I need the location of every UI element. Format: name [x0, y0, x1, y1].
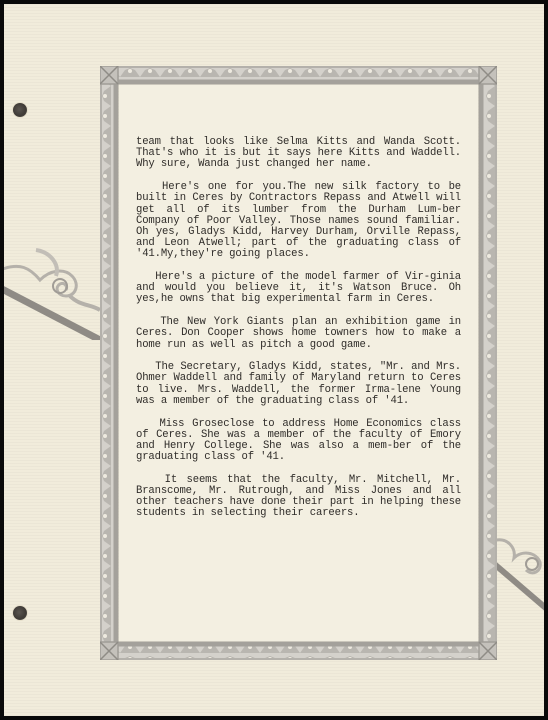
paragraph: The Secretary, Gladys Kidd, states, "Mr.…	[136, 362, 461, 407]
paragraph: Here's one for you.The new silk factory …	[136, 182, 461, 260]
paragraph: Here's a picture of the model farmer of …	[136, 272, 461, 306]
paragraph: The New York Giants plan an exhibition g…	[136, 317, 461, 351]
paragraph: team that looks like Selma Kitts and Wan…	[136, 137, 461, 171]
binder-hole-icon	[13, 606, 27, 620]
scroll-ornament-icon	[4, 240, 110, 340]
scroll-ornament-icon	[492, 532, 544, 612]
typed-text-body: team that looks like Selma Kitts and Wan…	[136, 137, 461, 531]
paragraph: Miss Groseclose to address Home Economic…	[136, 419, 461, 464]
paragraph: It seems that the faculty, Mr. Mitchell,…	[136, 475, 461, 520]
binder-hole-icon	[13, 103, 27, 117]
paper-page: team that looks like Selma Kitts and Wan…	[4, 4, 544, 716]
